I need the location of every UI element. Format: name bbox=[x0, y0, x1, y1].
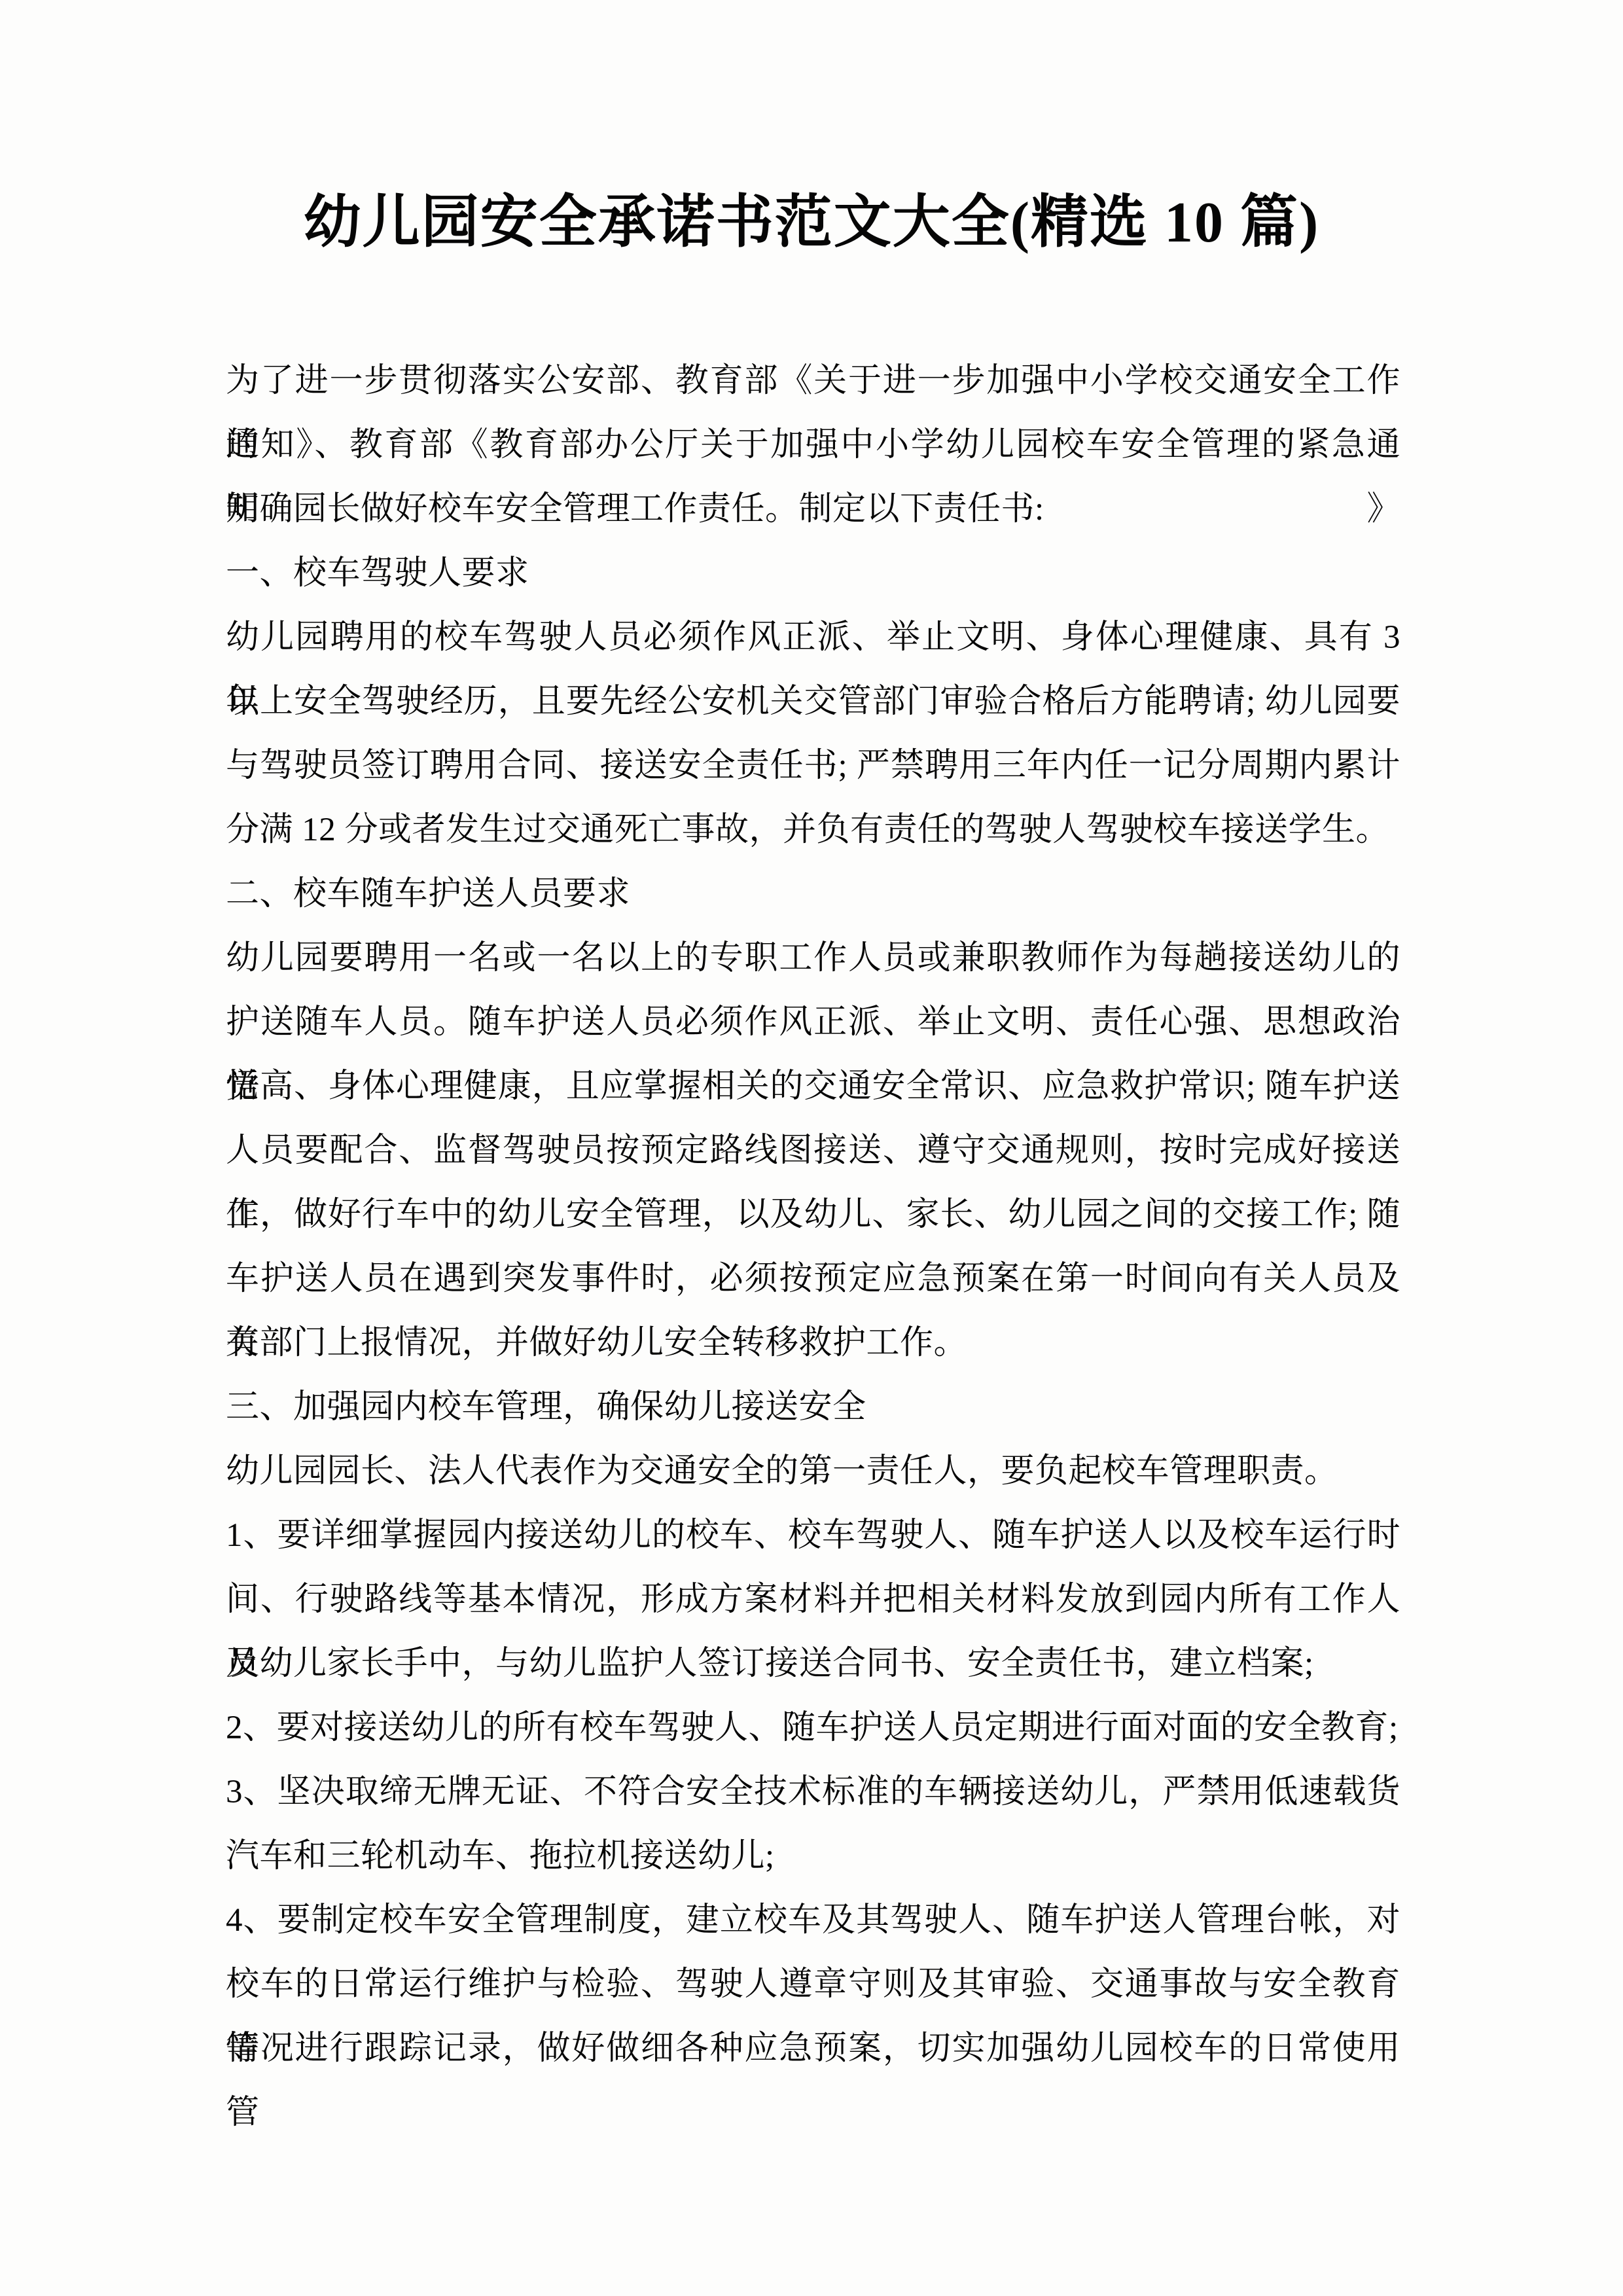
body-text-line: 幼儿园园长、法人代表作为交通安全的第一责任人，要负起校车管理职责。 bbox=[226, 1439, 1400, 1503]
body-text-line: 情况进行跟踪记录，做好做细各种应急预案，切实加强幼儿园校车的日常使用管 bbox=[226, 2017, 1400, 2081]
body-text-line: 二、校车随车护送人员要求 bbox=[226, 862, 1400, 926]
body-text-line: 2、要对接送幼儿的所有校车驾驶人、随车护送人员定期进行面对面的安全教育; bbox=[226, 1696, 1400, 1760]
body-text-line: 通知》、教育部《教育部办公厅关于加强中小学幼儿园校车安全管理的紧急通知》 bbox=[226, 413, 1400, 477]
body-text-line: 汽车和三轮机动车、拖拉机接送幼儿; bbox=[226, 1824, 1400, 1888]
body-text-line: 车护送人员在遇到突发事件时，必须按预定应急预案在第一时间向有关人员及有 bbox=[226, 1247, 1400, 1311]
body-text-line: 与驾驶员签订聘用合同、接送安全责任书; 严禁聘用三年内任一记分周期内累计 bbox=[226, 734, 1400, 798]
body-text-line: 幼儿园聘用的校车驾驶人员必须作风正派、举止文明、身体心理健康、具有 3 年 bbox=[226, 605, 1400, 670]
body-text-line: 幼儿园要聘用一名或一名以上的专职工作人员或兼职教师作为每趟接送幼儿的 bbox=[226, 926, 1400, 990]
document-body: 为了进一步贯彻落实公安部、教育部《关于进一步加强中小学校交通安全工作的通知》、教… bbox=[226, 349, 1400, 2081]
body-text-line: 间、行驶路线等基本情况，形成方案材料并把相关材料发放到园内所有工作人员 bbox=[226, 1568, 1400, 1632]
body-text-line: 作，做好行车中的幼儿安全管理，以及幼儿、家长、幼儿园之间的交接工作; 随 bbox=[226, 1183, 1400, 1247]
body-text-line: 3、坚决取缔无牌无证、不符合安全技术标准的车辆接送幼儿，严禁用低速载货 bbox=[226, 1760, 1400, 1824]
body-text-line: 及幼儿家长手中，与幼儿监护人签订接送合同书、安全责任书，建立档案; bbox=[226, 1632, 1400, 1696]
body-text-line: 关部门上报情况，并做好幼儿安全转移救护工作。 bbox=[226, 1311, 1400, 1375]
body-text-line: 三、加强园内校车管理，确保幼儿接送安全 bbox=[226, 1375, 1400, 1439]
body-text-line: 分满 12 分或者发生过交通死亡事故，并负有责任的驾驶人驾驶校车接送学生。 bbox=[226, 798, 1400, 862]
body-text-line: 悟高、身体心理健康，且应掌握相关的交通安全常识、应急救护常识; 随车护送 bbox=[226, 1054, 1400, 1119]
body-text-line: 护送随车人员。随车护送人员必须作风正派、举止文明、责任心强、思想政治觉 bbox=[226, 990, 1400, 1054]
body-text-line: 校车的日常运行维护与检验、驾驶人遵章守则及其审验、交通事故与安全教育等 bbox=[226, 1952, 1400, 2017]
body-text-line: 人员要配合、监督驾驶员按预定路线图接送、遵守交通规则，按时完成好接送工 bbox=[226, 1119, 1400, 1183]
body-text-line: 为了进一步贯彻落实公安部、教育部《关于进一步加强中小学校交通安全工作的 bbox=[226, 349, 1400, 413]
document-page: 幼儿园安全承诺书范文大全(精选 10 篇) 为了进一步贯彻落实公安部、教育部《关… bbox=[0, 0, 1623, 2296]
body-text-line: 4、要制定校车安全管理制度，建立校车及其驾驶人、随车护送人管理台帐，对 bbox=[226, 1888, 1400, 1952]
body-text-line: 一、校车驾驶人要求 bbox=[226, 541, 1400, 605]
body-text-line: 1、要详细掌握园内接送幼儿的校车、校车驾驶人、随车护送人以及校车运行时 bbox=[226, 1503, 1400, 1568]
body-text-line: 以上安全驾驶经历，且要先经公安机关交管部门审验合格后方能聘请; 幼儿园要 bbox=[226, 670, 1400, 734]
document-title: 幼儿园安全承诺书范文大全(精选 10 篇) bbox=[0, 186, 1623, 260]
